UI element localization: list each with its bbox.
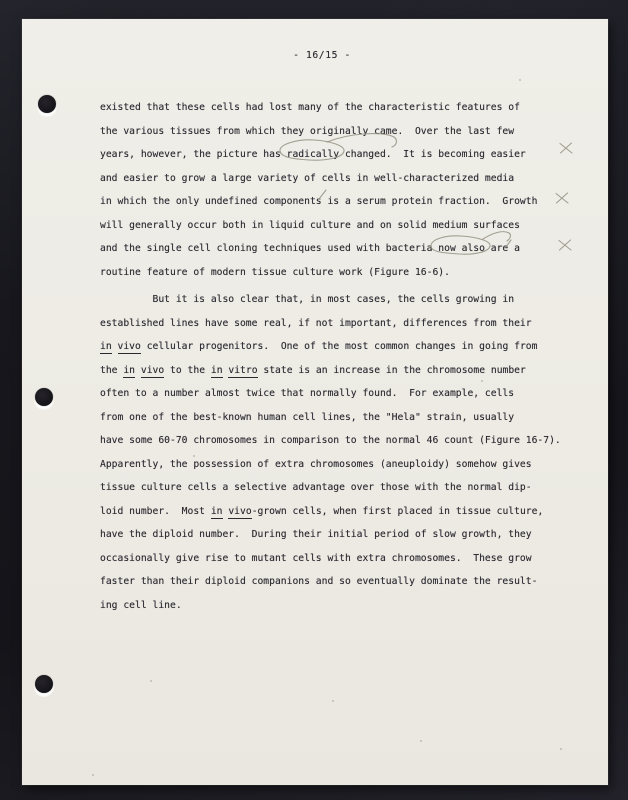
text-line: years, however, the picture has radicall… <box>100 143 580 167</box>
paragraph: But it is also clear that, in most cases… <box>100 288 580 617</box>
text-line: and easier to grow a large variety of ce… <box>100 167 580 191</box>
underlined-word: vivo <box>118 341 141 354</box>
hole-punch-opening <box>38 95 56 113</box>
text-line: in vivo cellular progenitors. One of the… <box>100 335 580 359</box>
text-line: will generally occur both in liquid cult… <box>100 214 580 238</box>
text-line: often to a number almost twice that norm… <box>100 382 580 406</box>
text-line: occasionally give rise to mutant cells w… <box>100 547 580 571</box>
text-line: ing cell line. <box>100 594 580 618</box>
hole-punch-rim <box>37 97 57 117</box>
text-line: the in vivo to the in vitro state is an … <box>100 359 580 383</box>
hole-punch-rim <box>34 677 54 697</box>
text-line: have the diploid number. During their in… <box>100 523 580 547</box>
text-line: existed that these cells had lost many o… <box>100 96 580 120</box>
hole-punch <box>33 673 55 697</box>
underlined-word: in <box>123 365 135 378</box>
underlined-word: vivo <box>141 365 164 378</box>
text-line: But it is also clear that, in most cases… <box>100 288 580 312</box>
hole-punch <box>36 93 58 117</box>
text-line: the various tissues from which they orig… <box>100 120 580 144</box>
paper-speck <box>519 79 521 81</box>
hole-punch-opening <box>35 675 53 693</box>
hole-punch-rim <box>34 390 54 410</box>
paper-speck <box>560 748 562 750</box>
text-line: from one of the best-known human cell li… <box>100 406 580 430</box>
text-line: loid number. Most in vivo-grown cells, w… <box>100 500 580 524</box>
scanned-document-scene: - 16/15 - existed that these cells had l… <box>0 0 628 800</box>
underlined-word: vivo <box>228 506 251 519</box>
page-number: - 16/15 - <box>29 50 615 61</box>
paper-speck <box>92 774 94 776</box>
text-line: faster than their diploid companions and… <box>100 570 580 594</box>
text-line: and the single cell cloning techniques u… <box>100 237 580 261</box>
hole-punch-opening <box>35 388 53 406</box>
underlined-word: in <box>211 365 223 378</box>
text-line: tissue culture cells a selective advanta… <box>100 476 580 500</box>
paper-speck <box>332 700 334 702</box>
paper-speck <box>481 380 483 382</box>
underlined-word: in <box>100 341 112 354</box>
text-line: Apparently, the possession of extra chro… <box>100 453 580 477</box>
text-line: established lines have some real, if not… <box>100 312 580 336</box>
paper-speck <box>193 455 195 457</box>
paper-speck <box>420 740 422 742</box>
document-page: - 16/15 - existed that these cells had l… <box>22 19 608 785</box>
paper-speck <box>150 680 152 682</box>
paragraph: existed that these cells had lost many o… <box>100 96 580 284</box>
hole-punch <box>33 386 55 410</box>
text-line: routine feature of modern tissue culture… <box>100 261 580 285</box>
text-line: in which the only undefined components i… <box>100 190 580 214</box>
text-line: have some 60-70 chromosomes in compariso… <box>100 429 580 453</box>
underlined-word: in <box>211 506 223 519</box>
underlined-word: vitro <box>228 365 257 378</box>
document-text: existed that these cells had lost many o… <box>100 96 580 617</box>
